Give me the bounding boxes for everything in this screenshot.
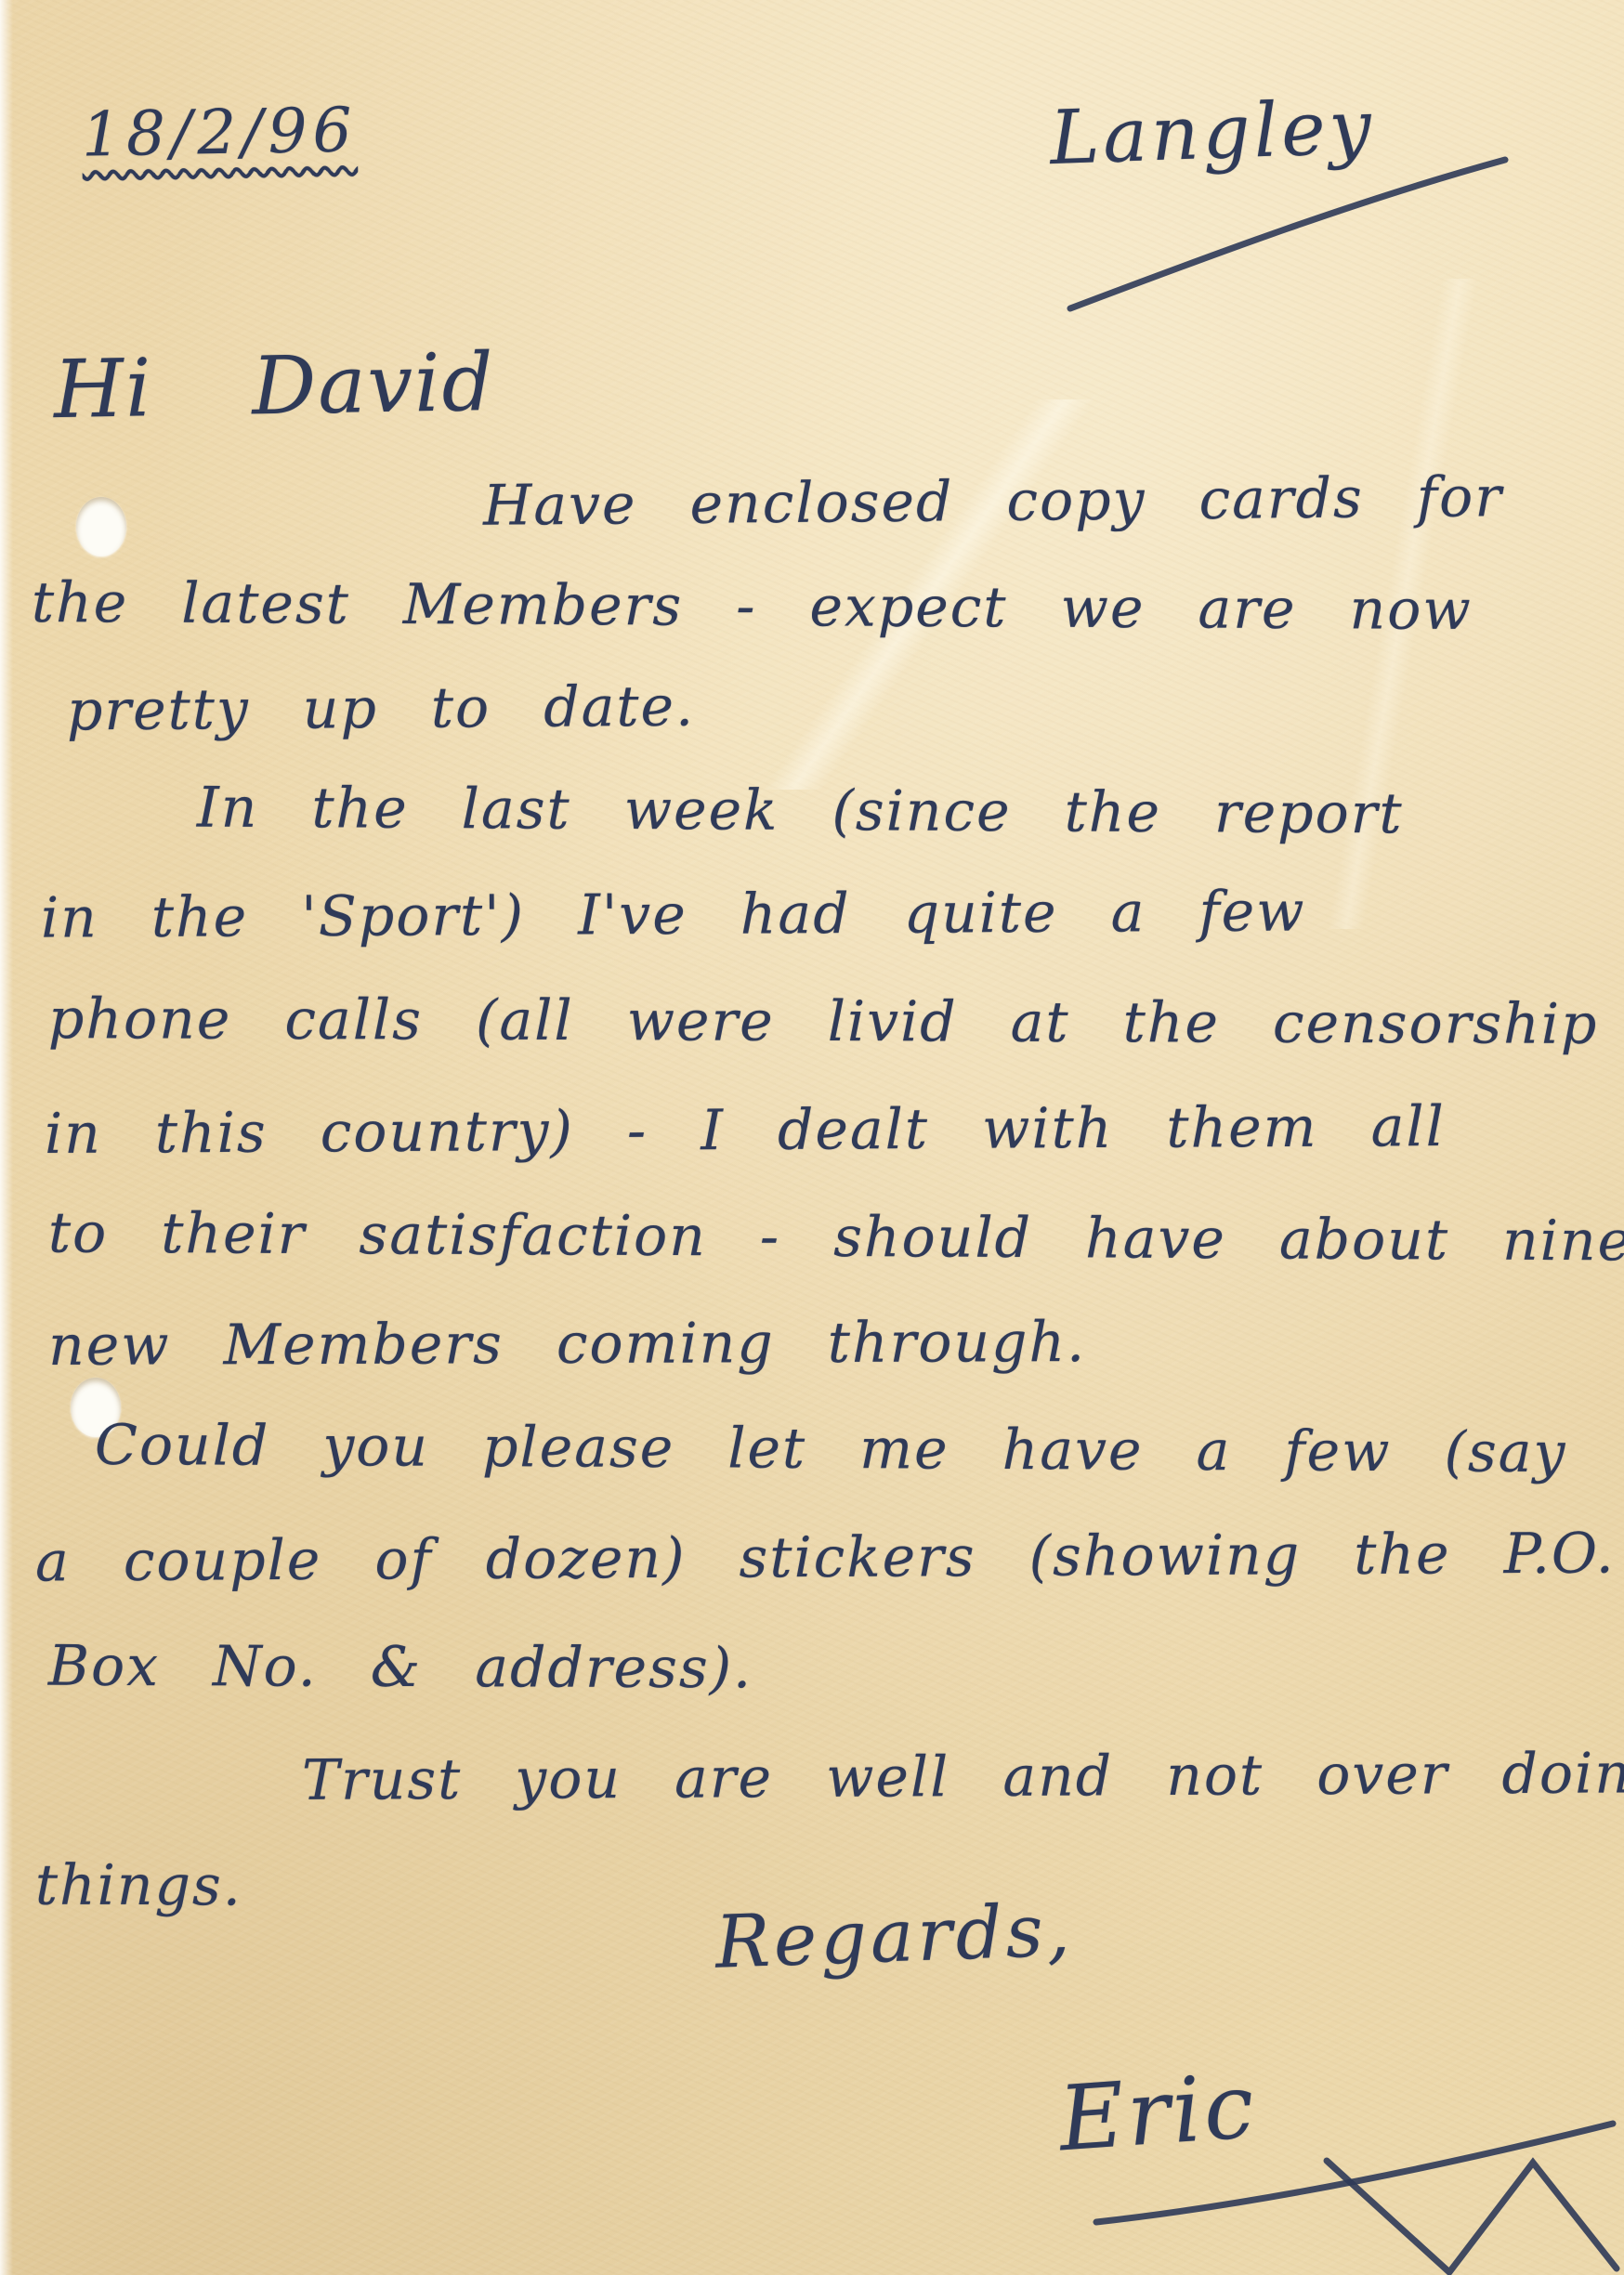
letter-line: Box No. & address).	[48, 1634, 753, 1702]
letter-location: Langley	[1048, 84, 1376, 181]
letter-line: the latest Members - expect we are now	[32, 570, 1473, 643]
hole-punch	[76, 497, 126, 556]
scan-edge	[0, 0, 13, 2275]
signature-flourish	[1327, 2161, 1617, 2272]
letter-line: pretty up to date.	[67, 674, 696, 744]
letter-line: phone calls (all were livid at the censo…	[48, 987, 1599, 1057]
letter-signature: Eric	[1055, 2054, 1260, 2172]
letter-line: Have enclosed copy cards for	[483, 464, 1503, 539]
letter-line: a couple of dozen) stickers (showing the…	[35, 1522, 1616, 1595]
letter-line: in this country) - I dealt with them all	[45, 1094, 1446, 1167]
letter-line: Could you please let me have a few (say	[95, 1413, 1567, 1485]
letter-line: to their satisfaction - should have abou…	[48, 1201, 1624, 1275]
letter-closing: Regards,	[714, 1889, 1075, 1984]
location-flourish	[1070, 160, 1505, 308]
letter-line: Trust you are well and not over doing	[302, 1741, 1624, 1813]
letter-line: things.	[35, 1853, 242, 1919]
letter-line: in the 'Sport') I've had quite a few	[41, 879, 1306, 950]
letter-date: 18/2/96	[81, 94, 358, 170]
letter-scan: 18/2/96 Langley Hi David Have enclosed c…	[0, 0, 1624, 2275]
letter-line: new Members coming through.	[48, 1310, 1086, 1379]
letter-line: In the last week (since the report	[197, 776, 1404, 847]
letter-greeting: Hi David	[53, 336, 495, 437]
